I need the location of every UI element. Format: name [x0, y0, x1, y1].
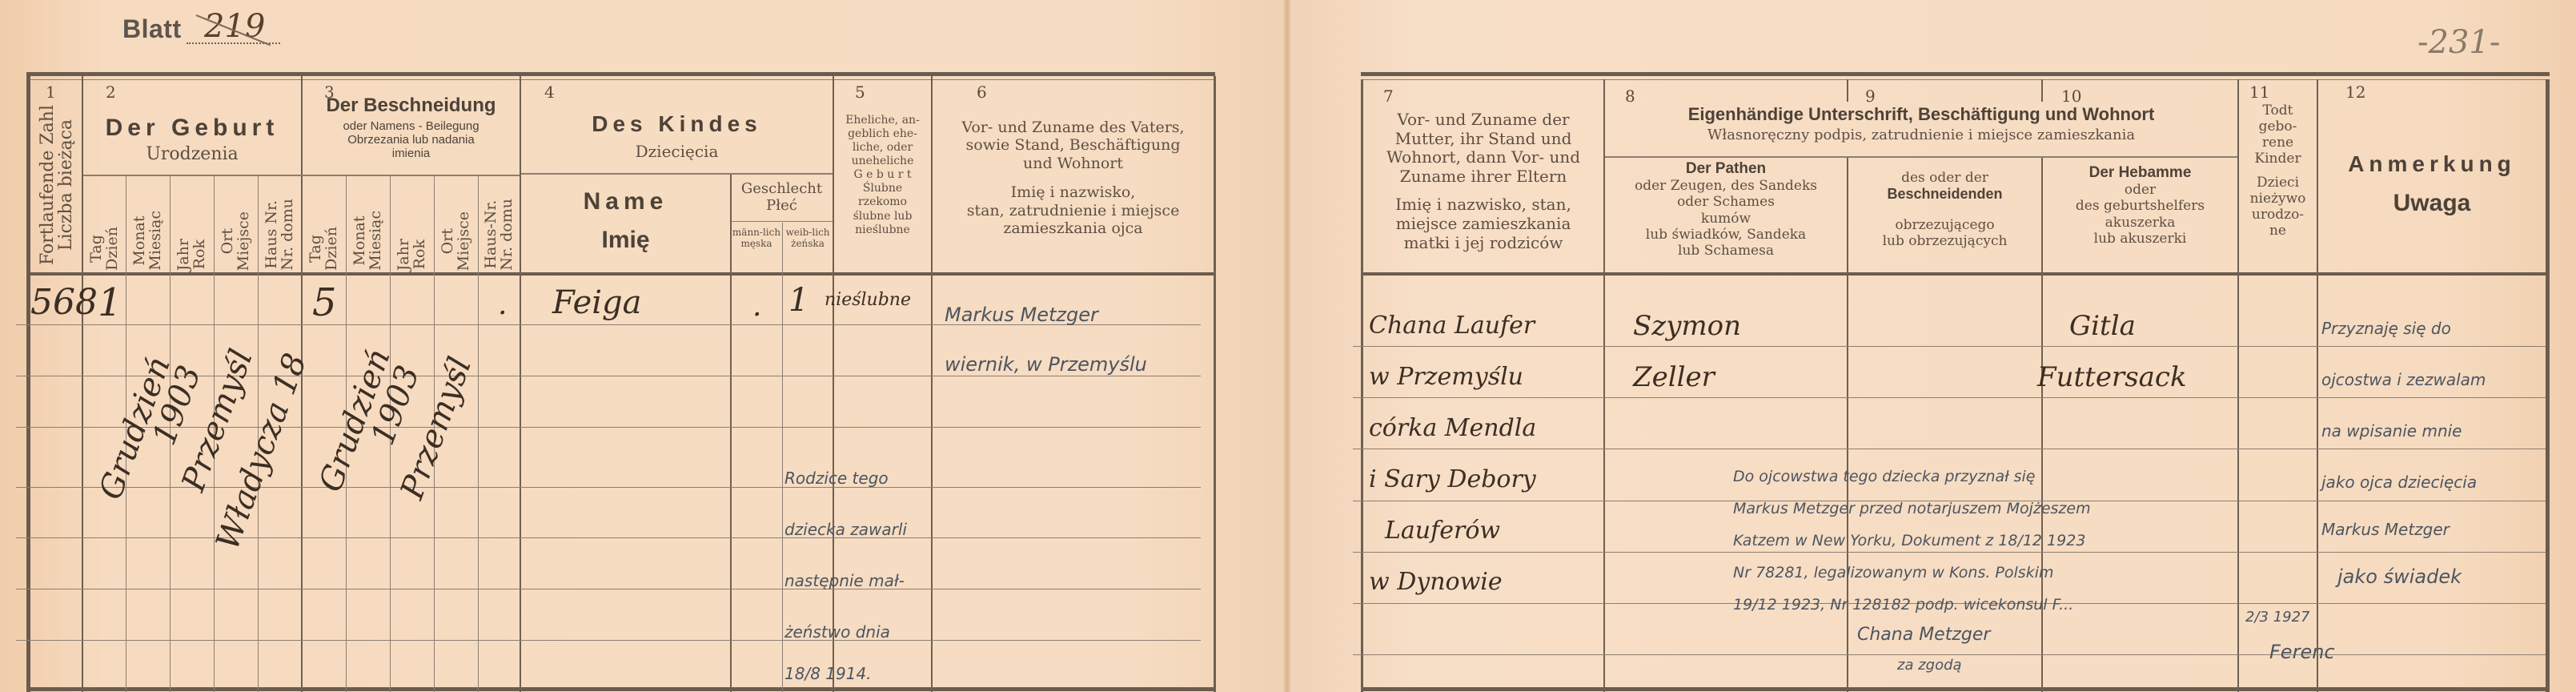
col4-title-pl: Dziecięcia	[636, 143, 719, 162]
col5-line: G e b u r t	[834, 168, 931, 182]
col12-number: 12	[2345, 82, 2365, 102]
row-line	[16, 589, 1201, 589]
col10-header: Der Hebamme oder des geburtshelfers akus…	[2043, 164, 2237, 247]
col9-line: lub obrzezujących	[1848, 233, 2041, 249]
col11-header: Todt gebo- rene Kinder Dzieci nieżywo ur…	[2239, 103, 2317, 239]
col6-line: Imię i nazwisko,	[933, 183, 1214, 201]
mother-info: Chana Laufer w Przemyślu córka Mendla i …	[1369, 300, 1536, 608]
subheader-line	[521, 173, 833, 175]
col3-sub-day: TagDzień	[303, 178, 346, 271]
col6-line: stan, zatrudnienie i miejsce	[933, 202, 1214, 219]
col2-sub-house: Haus Nr.Nr. domu	[259, 178, 301, 271]
left-right-border	[1214, 76, 1216, 692]
col4-title-de: Des Kindes	[592, 111, 762, 137]
remark-line: jako świadek	[2321, 551, 2486, 602]
row-line	[16, 537, 1201, 538]
official-signature: Ferenc	[2269, 641, 2335, 663]
sex-label: Geschlecht Płeć	[731, 180, 833, 214]
col9-number: 9	[1865, 86, 1876, 106]
col6-number: 6	[977, 82, 987, 102]
col5-line: Ślubne	[834, 182, 931, 195]
col2-title-pl: Urodzenia	[146, 144, 238, 165]
sex-label-de: Geschlecht	[731, 180, 833, 197]
entry-number: 568	[30, 282, 98, 323]
col11-line: Todt	[2239, 103, 2317, 119]
remarks: Przyznaję się do ojcostwa i zezwalam na …	[2321, 303, 2486, 602]
col6-line: zamieszkania ojca	[933, 219, 1214, 237]
col5-line: ślubne lub	[834, 210, 931, 223]
col6-line: sowie Stand, Beschäftigung	[933, 136, 1214, 154]
witness-line: Zeller	[1633, 352, 1741, 403]
right-outer-border	[2546, 79, 2550, 692]
col11-line: rene	[2239, 135, 2317, 151]
witness-line: Szymon	[1633, 300, 1741, 352]
col6-header: Vor- und Zuname des Vaters, sowie Stand,…	[933, 119, 1214, 237]
remark-line: Markus Metzger	[2321, 508, 2486, 551]
col8-line: lub Schamesa	[1605, 243, 1847, 259]
col4-subtitle: Dziecięcia	[521, 140, 833, 164]
vline-tick	[1847, 79, 1848, 102]
note-line: Rodzice tego	[784, 453, 907, 504]
mother-line: w Dynowie	[1369, 557, 1536, 608]
paternity-note: Do ojcowstwa tego dziecka przyznał się M…	[1733, 461, 2091, 621]
col8-line: lub świadków, Sandeka	[1605, 227, 1847, 243]
col6-line: Vor- und Zuname des Vaters,	[933, 119, 1214, 136]
col3-line4: imienia	[303, 147, 520, 160]
left-top-rule-thin	[26, 79, 1215, 80]
col1-header: Fortlaufende Zahl Liczba bieżąca	[32, 100, 82, 270]
col3-sub-month: MonatMiesiąc	[347, 178, 390, 271]
row-line	[16, 427, 1201, 428]
col2-sub-month: MonatMiesiąc	[126, 178, 170, 271]
col7-line: Imię i nazwisko, stan,	[1363, 195, 1603, 215]
paternity-line: Katzem w New Yorku, Dokument z 18/12 192…	[1733, 525, 2091, 557]
col7-header: Vor- und Zuname der Mutter, ihr Stand un…	[1363, 111, 1603, 252]
sub-pl: Nr. domu	[498, 199, 516, 271]
col2-number: 2	[106, 82, 116, 102]
col3-sub-place: OrtMiejsce	[435, 178, 478, 271]
sub-pl: Rok	[411, 239, 428, 269]
sub-pl: Dzień	[323, 227, 340, 271]
col2-sub-place: OrtMiejsce	[215, 178, 258, 271]
sub-pl: Miesiąc	[146, 211, 164, 271]
sub-de: Monat	[351, 216, 368, 266]
group-title-pl: Własnoręczny podpis, zatrudnienie i miej…	[1605, 127, 2237, 143]
note-line: żeństwo dnia	[784, 606, 907, 658]
mother-signature: Chana Metzger	[1857, 625, 1990, 645]
group-header: Eigenhändige Unterschrift, Beschäftigung…	[1605, 104, 2237, 143]
sub-pl: Miejsce	[455, 211, 472, 271]
subheader-line	[83, 175, 520, 176]
sub-pl: Rok	[191, 239, 208, 269]
circumcision-day: 5	[312, 280, 337, 325]
paternity-line: Do ojcowstwa tego dziecka przyznał się	[1733, 461, 2091, 493]
col2-subtitle: Urodzenia	[83, 143, 301, 167]
col10-line: lub akuszerki	[2043, 231, 2237, 247]
col11-line: gebo-	[2239, 119, 2317, 135]
left-outer-border	[26, 76, 30, 692]
sex-subheader-line	[731, 221, 833, 222]
col10-bold: Der Hebamme	[2043, 164, 2237, 182]
col1-label-de: Fortlaufende Zahl	[38, 105, 58, 265]
col9-line: obrzezującego	[1848, 217, 2041, 233]
child-name: Feiga	[552, 284, 641, 321]
col12-subtitle: Uwaga	[2318, 186, 2546, 221]
book-gutter	[1284, 0, 1290, 692]
col3-line2: oder Namens - Beilegung	[303, 119, 520, 133]
col3-sub-house: Haus-Nr.Nr. domu	[479, 178, 520, 271]
col12-title: Anmerkung	[2318, 144, 2546, 184]
col8-line: oder Zeugen, des Sandeks	[1605, 178, 1847, 194]
col3-title-block: Der Beschneidung oder Namens - Beilegung…	[303, 95, 520, 160]
vline	[82, 76, 83, 692]
col5-line: Eheliche, an-	[834, 114, 931, 127]
vline	[520, 76, 521, 692]
col11-number: 11	[2249, 82, 2269, 102]
col8-bold: Der Pathen	[1605, 160, 1847, 178]
col7-line: Zuname ihrer Eltern	[1363, 167, 1603, 187]
remark-line: jako ojca dziecięcia	[2321, 457, 2486, 508]
col11-line: ne	[2239, 223, 2317, 239]
col2-title-de: Der Geburt	[106, 115, 279, 142]
left-header-bottom-rule	[26, 272, 1215, 276]
sub-pl: Nr. domu	[279, 199, 296, 271]
note-date: 2/3 1927	[2245, 609, 2310, 626]
consent-note: za zgodą	[1897, 657, 1962, 674]
note-line: 18/8 1914.	[784, 658, 907, 690]
sub-de: Haus Nr.	[263, 200, 280, 269]
sub-pl: Miesiąc	[367, 211, 384, 271]
name-label-de: Name	[584, 188, 668, 215]
col3-sub-year: JahrRok	[391, 178, 434, 271]
mother-line: Chana Laufer	[1369, 300, 1536, 352]
left-top-rule	[26, 72, 1215, 76]
legitimacy: nieślubne	[825, 290, 911, 310]
note-line: dziecka zawarli	[784, 504, 907, 555]
father-info: Markus Metzger wiernik, w Przemyślu	[945, 290, 1147, 389]
mother-line: i Sary Debory	[1369, 454, 1536, 505]
mother-line: córka Mendla	[1369, 403, 1536, 454]
sub-de: Jahr	[175, 239, 192, 271]
sub-de: Ort	[439, 228, 456, 254]
col2-sub-day: TagDzień	[83, 178, 126, 271]
col6-line: und Wohnort	[933, 155, 1214, 172]
mother-line: w Przemyślu	[1369, 352, 1536, 403]
col3-title-de: Der Beschneidung	[303, 95, 520, 117]
imie-label: Imię	[521, 223, 730, 258]
col8-line: oder Schames	[1605, 194, 1847, 210]
col8-number: 8	[1625, 86, 1635, 106]
sub-de: Ort	[219, 228, 236, 254]
col8-line: kumów	[1605, 211, 1847, 227]
sub-pl: Dzień	[103, 227, 121, 271]
right-bottom-rule	[1361, 687, 2550, 691]
sub-de: Haus-Nr.	[482, 200, 500, 269]
sub-pl: Miejsce	[235, 211, 252, 271]
group-subheader-line	[1605, 156, 2237, 158]
col1-number: 1	[46, 82, 56, 102]
note-line: następnie mał-	[784, 555, 907, 606]
legitimacy-note: Rodzice tego dziecka zawarli następnie m…	[784, 453, 907, 690]
col7-line: Mutter, ihr Stand und	[1363, 130, 1603, 149]
sub-de: Monat	[130, 216, 148, 266]
col5-line: nieślubne	[834, 223, 931, 237]
group-title-de: Eigenhändige Unterschrift, Beschäftigung…	[1605, 104, 2237, 125]
remark-line: Przyznaję się do	[2321, 303, 2486, 354]
vline-minor	[782, 223, 783, 692]
sex-label-pl: Płeć	[731, 197, 833, 214]
col2-title: Der Geburt	[83, 112, 301, 144]
remark-line: na wpisanie mnie	[2321, 405, 2486, 457]
col11-line: Kinder	[2239, 151, 2317, 167]
col9-header: des oder der Beschneidenden obrzezująceg…	[1848, 170, 2041, 249]
col11-line: nieżywo	[2239, 191, 2317, 207]
paternity-line: Markus Metzger przed notarjuszem Mojżesz…	[1733, 493, 2091, 525]
col7-line: miejsce zamieszkania	[1363, 215, 1603, 234]
col5-line: uneheliche	[834, 155, 931, 168]
col3-line3: Obrzezania lub nadania	[303, 133, 520, 147]
male-label: männ-lich męska	[732, 227, 781, 249]
father-occupation: wiernik, w Przemyślu	[945, 340, 1147, 389]
circumcision-house: .	[498, 288, 507, 321]
blatt-label: Blatt	[122, 14, 182, 44]
remark-line: ojcostwa i zezwalam	[2321, 354, 2486, 405]
col7-line: matki i jej rodziców	[1363, 234, 1603, 253]
col4-number: 4	[544, 82, 555, 102]
col10-line: oder	[2043, 182, 2237, 198]
sex-female-mark: 1	[788, 282, 809, 319]
sub-de: Jahr	[395, 239, 412, 271]
vline	[730, 175, 732, 692]
witness-info: Szymon Zeller	[1633, 300, 1741, 403]
page-number: -231-	[2418, 24, 2500, 61]
left-bottom-rule	[26, 687, 1215, 691]
sub-de: Tag	[307, 235, 324, 263]
mother-line: Lauferów	[1369, 505, 1536, 557]
col9-line: des oder der	[1848, 170, 2041, 186]
name-label: Name	[521, 186, 730, 218]
col2-sub-year: JahrRok	[171, 178, 214, 271]
birth-day: 1	[98, 280, 122, 325]
row-line	[16, 640, 1201, 641]
right-top-rule	[1361, 72, 2550, 76]
col11-line: Dzieci	[2239, 175, 2317, 191]
paternity-line: 19/12 1923, Nr 128182 podp. wicekonsul F…	[1733, 589, 2091, 621]
col5-line: rzekomo	[834, 195, 931, 209]
col10-line: des geburtshelfers	[2043, 198, 2237, 214]
col5-number: 5	[855, 82, 865, 102]
col4-title: Des Kindes	[521, 108, 833, 140]
col7-line: Vor- und Zuname der	[1363, 111, 1603, 130]
paternity-line: Nr 78281, legalizowanym w Kons. Polskim	[1733, 557, 2091, 589]
female-label: weib-lich żeńska	[783, 227, 833, 249]
col10-number: 10	[2061, 86, 2081, 106]
col5-line: geblich ehe-	[834, 127, 931, 141]
col12-title-de: Anmerkung	[2348, 151, 2516, 177]
col10-line: akuszerka	[2043, 215, 2237, 231]
midwife-info: Gitla Futtersack	[2037, 300, 2187, 403]
right-header-bottom-rule	[1361, 272, 2546, 276]
name-label-pl: Imię	[601, 227, 649, 254]
row-line	[1353, 654, 2546, 655]
father-name: Markus Metzger	[945, 290, 1147, 340]
sex-male-mark: .	[752, 290, 761, 323]
col5-line: liche, oder	[834, 141, 931, 155]
sub-de: Tag	[87, 235, 105, 263]
col7-line: Wohnort, dann Vor- und	[1363, 148, 1603, 167]
col5-header: Eheliche, an- geblich ehe- liche, oder u…	[834, 114, 931, 237]
col11-line: urodzo-	[2239, 207, 2317, 223]
vline-tick	[2041, 79, 2043, 102]
col8-header: Der Pathen oder Zeugen, des Sandeks oder…	[1605, 160, 1847, 259]
midwife-line: Gitla	[2037, 300, 2187, 352]
col12-title-pl: Uwaga	[2393, 190, 2471, 217]
midwife-line: Futtersack	[2037, 352, 2187, 403]
right-top-rule-thin	[1361, 79, 2550, 80]
col9-bold: Beschneidenden	[1848, 186, 2041, 203]
col7-number: 7	[1383, 86, 1394, 106]
col1-label-pl: Liczba bieżąca	[56, 119, 76, 251]
